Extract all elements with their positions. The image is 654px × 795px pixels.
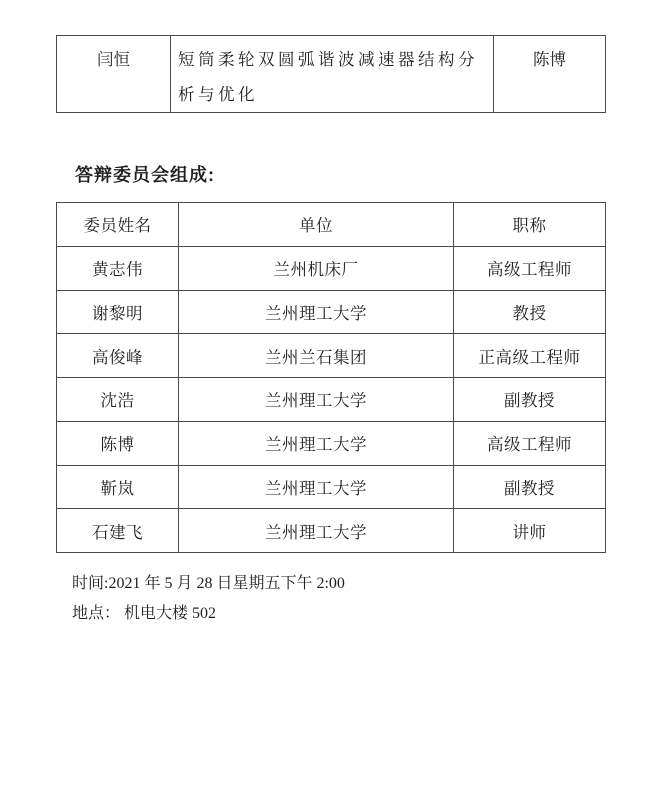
- defense-location-line: 地点： 机电大楼 502: [72, 599, 345, 629]
- header-title: 职称: [454, 203, 606, 247]
- member-name-cell: 陈博: [57, 421, 179, 465]
- member-name-cell: 沈浩: [57, 378, 179, 422]
- title-cell: 副教授: [454, 378, 606, 422]
- thesis-title-cell: 短筒柔轮双圆弧谐波减速器结构分析与优化: [171, 36, 494, 113]
- thesis-table: 闫恒 短筒柔轮双圆弧谐波减速器结构分析与优化 陈博: [56, 35, 606, 113]
- organization-cell: 兰州理工大学: [179, 509, 454, 553]
- title-cell: 正高级工程师: [454, 334, 606, 378]
- organization-cell: 兰州理工大学: [179, 290, 454, 334]
- header-member-name: 委员姓名: [57, 203, 179, 247]
- table-row: 沈浩 兰州理工大学 副教授: [57, 378, 606, 422]
- document-page: 闫恒 短筒柔轮双圆弧谐波减速器结构分析与优化 陈博 答辩委员会组成: 委员姓名 …: [0, 0, 654, 795]
- title-cell: 副教授: [454, 465, 606, 509]
- thesis-table-row: 闫恒 短筒柔轮双圆弧谐波减速器结构分析与优化 陈博: [57, 36, 606, 113]
- organization-cell: 兰州机床厂: [179, 246, 454, 290]
- committee-table: 委员姓名 单位 职称 黄志伟 兰州机床厂 高级工程师 谢黎明 兰州理工大学 教授…: [56, 202, 606, 553]
- defense-time-line: 时间:2021 年 5 月 28 日星期五下午 2:00: [72, 569, 345, 599]
- member-name-cell: 高俊峰: [57, 334, 179, 378]
- member-name-cell: 谢黎明: [57, 290, 179, 334]
- committee-header-row: 委员姓名 单位 职称: [57, 203, 606, 247]
- organization-cell: 兰州理工大学: [179, 465, 454, 509]
- table-row: 高俊峰 兰州兰石集团 正高级工程师: [57, 334, 606, 378]
- organization-cell: 兰州理工大学: [179, 378, 454, 422]
- member-name-cell: 石建飞: [57, 509, 179, 553]
- title-cell: 高级工程师: [454, 421, 606, 465]
- table-row: 靳岚 兰州理工大学 副教授: [57, 465, 606, 509]
- student-name-cell: 闫恒: [57, 36, 171, 113]
- title-cell: 高级工程师: [454, 246, 606, 290]
- footer-info: 时间:2021 年 5 月 28 日星期五下午 2:00 地点： 机电大楼 50…: [72, 569, 345, 629]
- table-row: 谢黎明 兰州理工大学 教授: [57, 290, 606, 334]
- table-row: 石建飞 兰州理工大学 讲师: [57, 509, 606, 553]
- header-organization: 单位: [179, 203, 454, 247]
- organization-cell: 兰州理工大学: [179, 421, 454, 465]
- member-name-cell: 靳岚: [57, 465, 179, 509]
- section-heading: 答辩委员会组成:: [75, 161, 215, 187]
- member-name-cell: 黄志伟: [57, 246, 179, 290]
- title-cell: 讲师: [454, 509, 606, 553]
- table-row: 黄志伟 兰州机床厂 高级工程师: [57, 246, 606, 290]
- title-cell: 教授: [454, 290, 606, 334]
- supervisor-name-cell: 陈博: [494, 36, 606, 113]
- organization-cell: 兰州兰石集团: [179, 334, 454, 378]
- table-row: 陈博 兰州理工大学 高级工程师: [57, 421, 606, 465]
